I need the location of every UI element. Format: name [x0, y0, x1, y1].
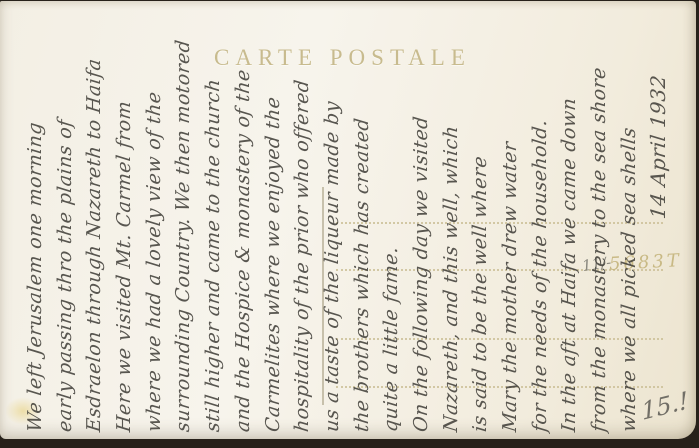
message-line: early passing thro the plains of	[51, 6, 81, 433]
message-line: hospitality of the prior who offered	[288, 6, 318, 433]
message-line: from the monastery to the sea shore	[585, 6, 615, 433]
message-line: Esdraelon through Nazareth to Haifa	[80, 6, 110, 433]
message-date-line: 14 April 1932	[644, 6, 674, 433]
message-line: and the Hospice & monastery of the	[229, 6, 259, 433]
message-line: for the needs of the household.	[526, 6, 556, 433]
message-line: where we all picked sea shells	[615, 6, 645, 433]
scan-surface: CARTE POSTALE 11/- 5683T We left Jerusal…	[0, 0, 699, 448]
message-line: us a taste of the liqueur made by	[318, 6, 348, 433]
message-line: Here we visited Mt. Carmel from	[110, 6, 140, 433]
message-line: still higher and came to the church	[199, 6, 229, 433]
message-line: We left Jerusalem one morning	[21, 6, 51, 433]
handwritten-message: We left Jerusalem one morningearly passi…	[21, 8, 675, 432]
message-line: the brothers which has created	[348, 6, 378, 433]
message-line: is said to be the well where	[466, 6, 496, 433]
message-line: On the following day we visited	[407, 6, 437, 433]
message-line: Nazareth, and this well, which	[437, 6, 467, 433]
message-lines: We left Jerusalem one morningearly passi…	[21, 8, 644, 432]
message-line: quite a little fame.	[377, 6, 407, 433]
message-line: surrounding Country. We then motored	[169, 6, 199, 433]
postcard-back: CARTE POSTALE 11/- 5683T We left Jerusal…	[0, 1, 696, 439]
message-line: Mary the mother drew water	[496, 6, 526, 433]
message-line: In the aft at Haifa we came down	[555, 6, 585, 433]
message-line: Carmelites where we enjoyed the	[259, 6, 289, 433]
message-line: where we had a lovely view of the	[140, 6, 170, 433]
